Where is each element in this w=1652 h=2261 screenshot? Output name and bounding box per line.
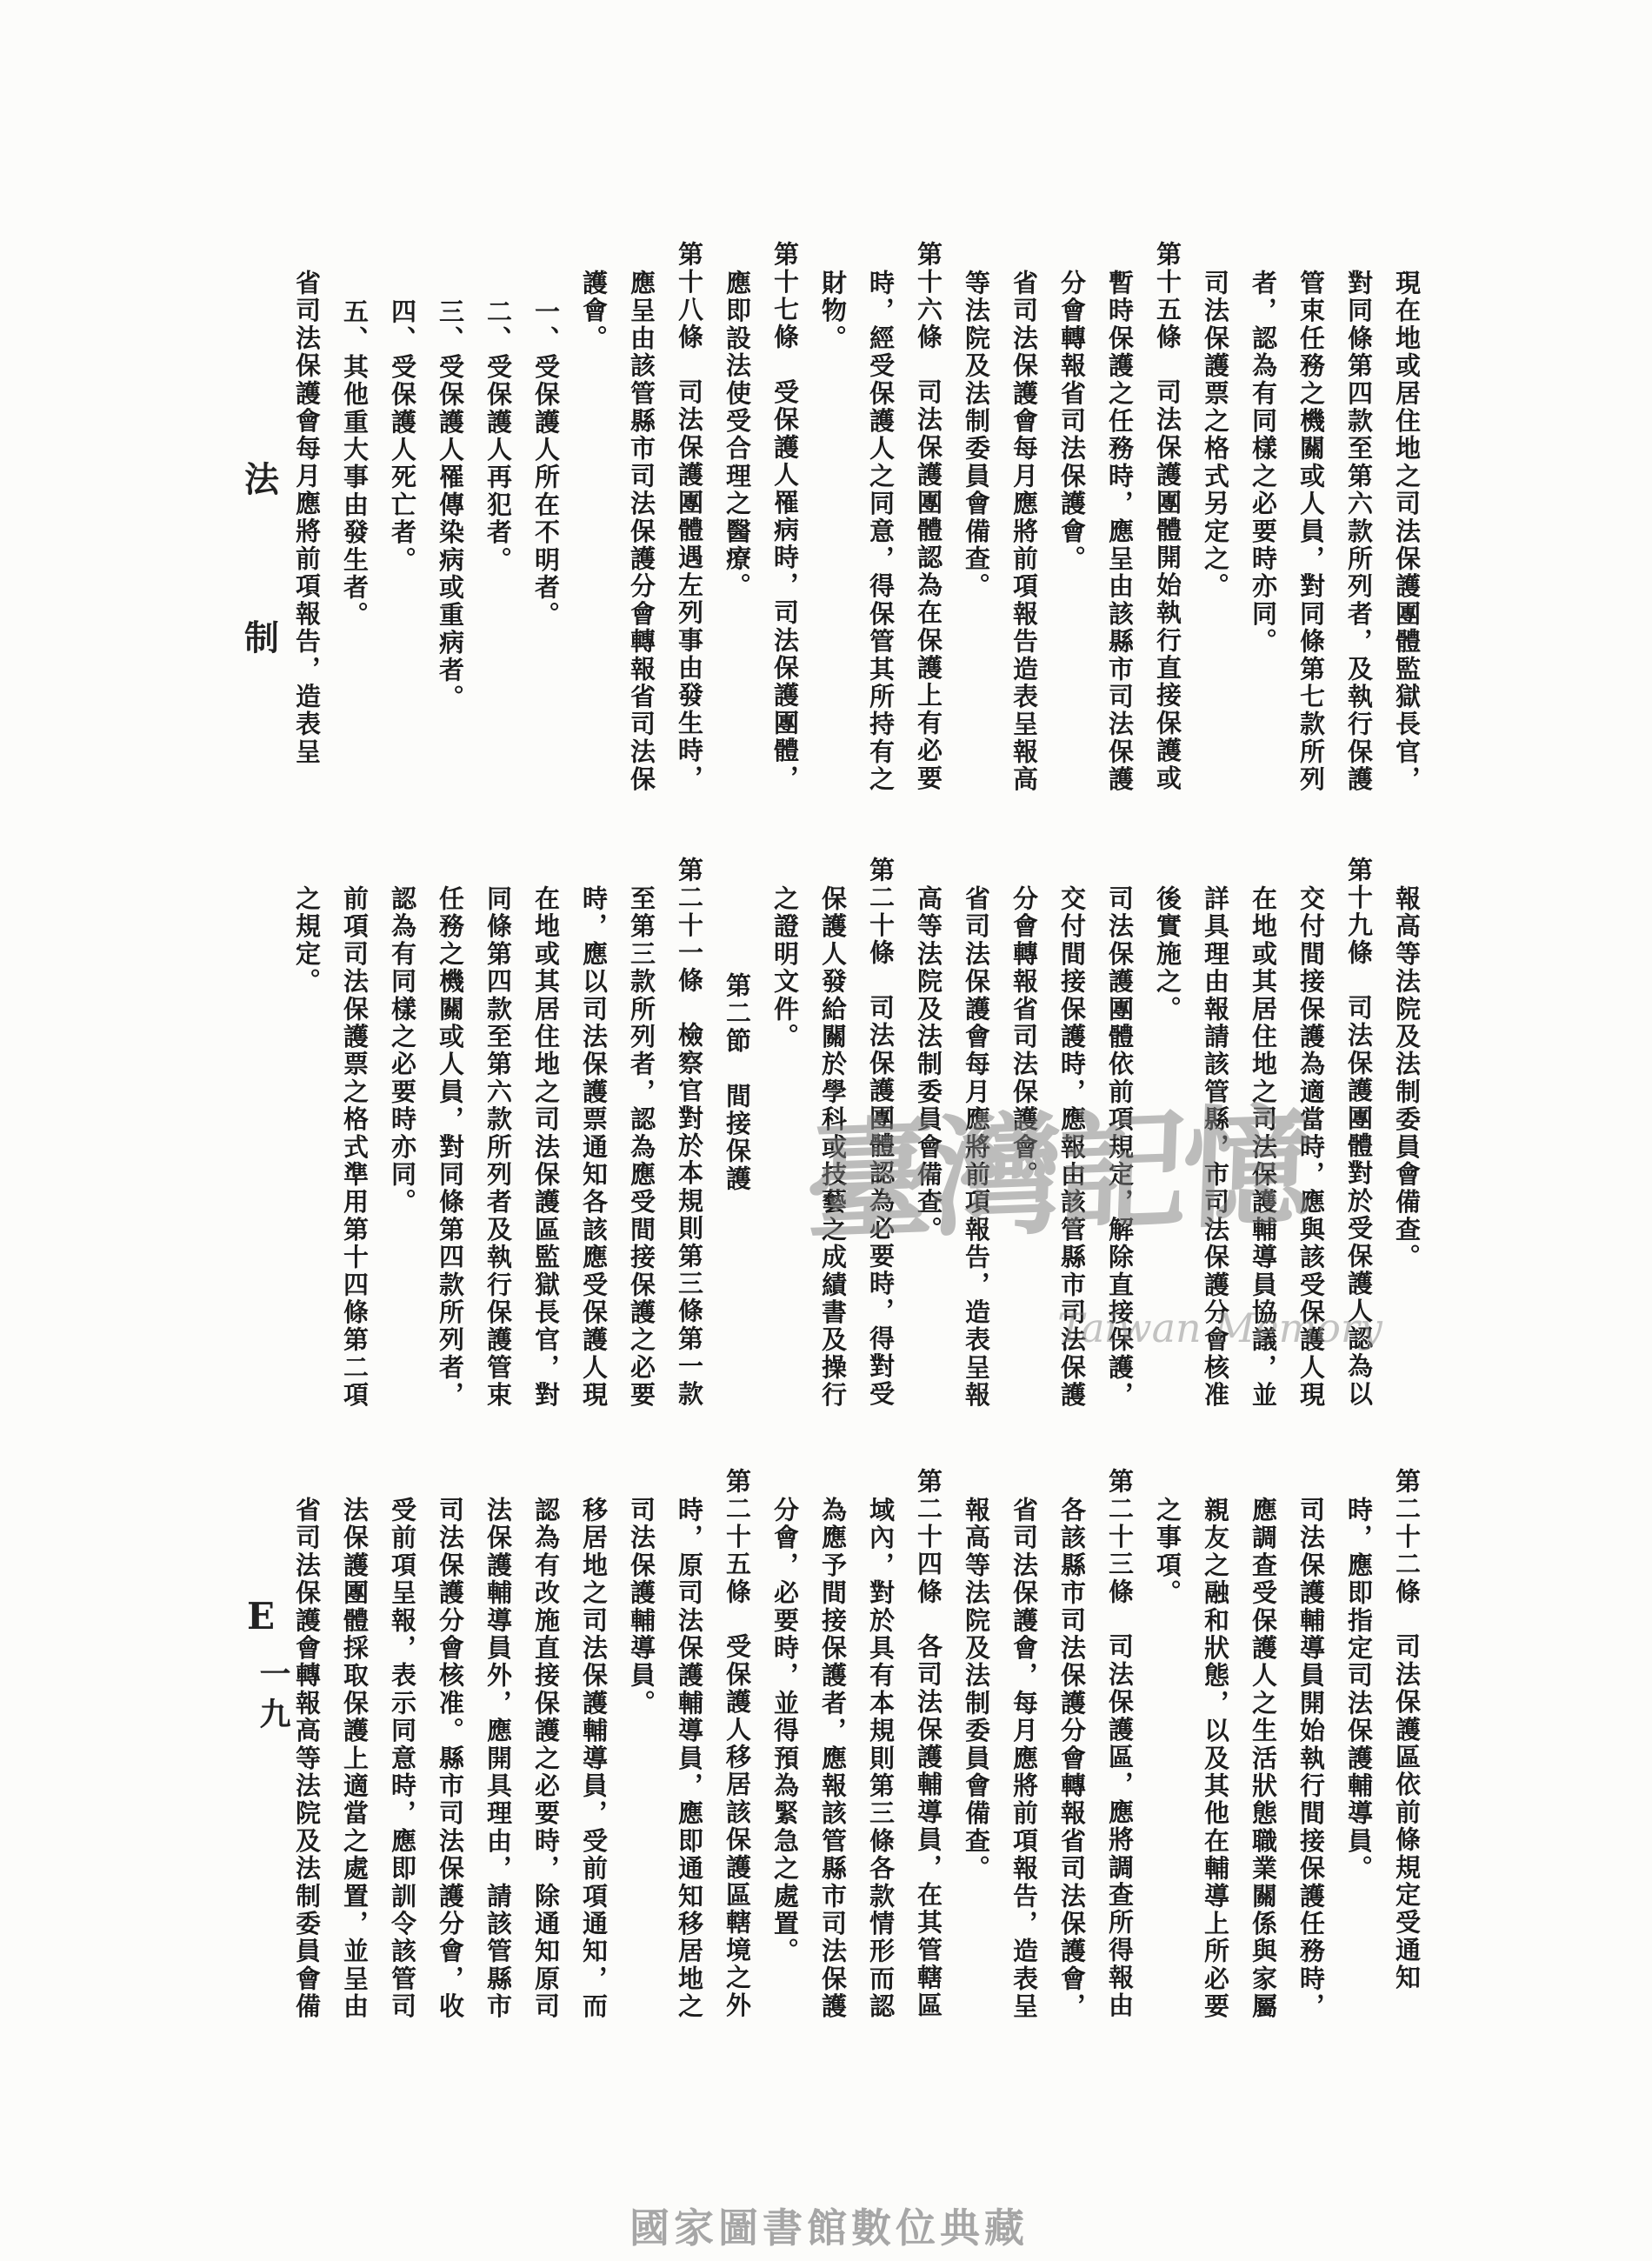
- paragraph: 省司法保護會每月應將前項報告，造表呈: [283, 270, 330, 794]
- list-item-1: 一、受保護人所在不明者。: [522, 270, 570, 794]
- article-16: 第十六條 司法保護團體認為在保護上有必要時，經受保護人之同意，得保管其所持有之財…: [809, 270, 952, 794]
- paragraph: 司法保護團體依前項規定，解除直接保護，交付間接保護時，應報由該管縣市司法保護分會…: [1000, 885, 1143, 1410]
- article-24: 第二十四條 各司法保護輔導員，在其管轄區域內，對於具有本規則第三條各款情形而認為…: [761, 1497, 952, 2021]
- paragraph: 前項司法保護票之格式準用第十四條第二項之規定。: [283, 885, 378, 1410]
- article-22: 第二十二條 司法保護區依前條規定受通知時，應即指定司法保護輔導員。: [1335, 1497, 1430, 2021]
- article-18: 第十八條 司法保護團體遇左列事由發生時，應呈由該管縣市司法保護分會轉報省司法保護…: [570, 270, 713, 794]
- article-19: 第十九條 司法保護團體對於受保護人認為以交付間接保護為適當時，應與該受保護人現在…: [1143, 885, 1382, 1410]
- paragraph: 移居地之司法保護輔導員，受前項通知，而認為有改施直接保護之必要時，除通知原司法保…: [283, 1497, 617, 2021]
- paragraph: 現在地或居住地之司法保護團體監獄長官，對同條第四款至第六款所列者，及執行保護管束…: [1239, 270, 1430, 794]
- paragraph: 省司法保護會每月應將前項報告造表呈報高等法院及法制委員會備查。: [952, 270, 1048, 794]
- scanned-document-page: 現在地或居住地之司法保護團體監獄長官，對同條第四款至第六款所列者，及執行保護管束…: [0, 0, 1652, 2261]
- text-band-3: 第二十二條 司法保護區依前條規定受通知時，應即指定司法保護輔導員。 司法保護輔導…: [283, 1468, 1430, 2021]
- list-item-4: 四、受保護人死亡者。: [378, 270, 426, 794]
- list-item-3: 三、受保護人罹傳染病或重病者。: [426, 270, 474, 794]
- list-item-5: 五、其他重大事由發生者。: [330, 270, 378, 794]
- text-band-2: 報高等法院及法制委員會備查。 第十九條 司法保護團體對於受保護人認為以交付間接保…: [283, 857, 1430, 1410]
- text-band-1: 現在地或居住地之司法保護團體監獄長官，對同條第四款至第六款所列者，及執行保護管束…: [283, 241, 1430, 794]
- list-item-2: 二、受保護人再犯者。: [474, 270, 522, 794]
- margin-title-char-bottom: 制: [244, 610, 279, 660]
- article-17: 第十七條 受保護人罹病時，司法保護團體，應即設法使受合理之醫療。: [713, 270, 809, 794]
- paragraph: 省司法保護會每月應將前項報告，造表呈報高等法院及法制委員會備查。: [904, 885, 1000, 1410]
- paragraph: 報高等法院及法制委員會備查。: [1382, 885, 1430, 1410]
- paragraph: 司法保護輔導員開始執行間接保護任務時，應調查受保護人之生活狀態職業關係與家屬親友…: [1143, 1497, 1335, 2021]
- article-20: 第二十條 司法保護團體認為必要時，得對受保護人發給關於學科或技藝之成績書及操行之…: [761, 885, 904, 1410]
- margin-title-char-top: 法: [244, 452, 279, 502]
- paragraph: 司法保護票之格式另定之。: [1191, 270, 1239, 794]
- section-heading: 第二節 間接保護: [713, 885, 761, 1410]
- page-number: 一九: [251, 1657, 296, 1737]
- footer-caption: 國家圖書館數位典藏: [629, 2197, 1029, 2254]
- article-15: 第十五條 司法保護團體開始執行直接保護或暫時保護之任務時，應呈由該縣市司法保護分…: [1048, 270, 1191, 794]
- page-section-code: E: [247, 1595, 275, 1637]
- article-21: 第二十一條 檢察官對於本規則第三條第一款至第三款所列者，認為應受間接保護之必要時…: [378, 885, 713, 1410]
- article-25: 第二十五條 受保護人移居該保護區轄境之外時，原司法保護輔導員，應即通知移居地之司…: [617, 1497, 761, 2021]
- article-23: 第二十三條 司法保護區，應將調查所得報由各該縣市司法保護分會轉報省司法保護會，省…: [952, 1497, 1143, 2021]
